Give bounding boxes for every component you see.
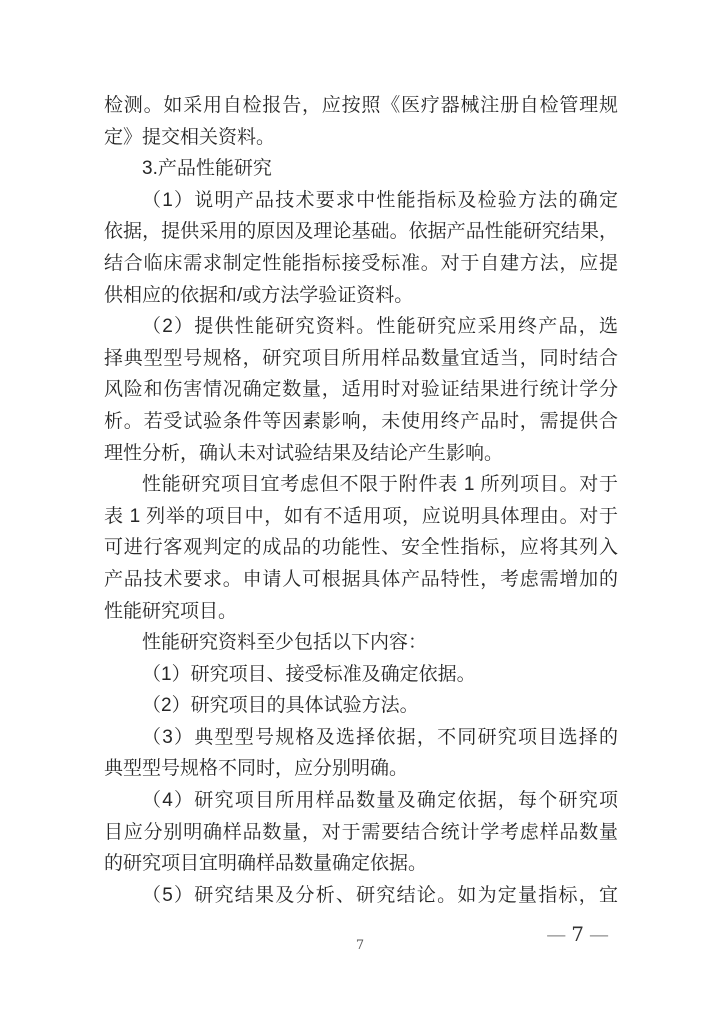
text-line: 可进行客观判定的成品的功能性、安全性指标，应将其列入 (104, 532, 618, 564)
text-line: 析。若受试验条件等因素影响，未使用终产品时，需提供合 (104, 406, 618, 438)
text-line: （2）提供性能研究资料。性能研究应采用终产品，选 (104, 311, 618, 343)
text-line: （2）研究项目的具体试验方法。 (104, 690, 618, 722)
text-line: 性能研究项目宜考虑但不限于附件表 1 所列项目。对于 (104, 469, 618, 501)
text-line: 风险和伤害情况确定数量，适用时对验证结果进行统计学分 (104, 374, 618, 406)
text-line: （1）研究项目、接受标准及确定依据。 (104, 659, 618, 691)
document-page: 检测。如采用自检报告，应按照《医疗器械注册自检管理规定》提交相关资料。3.产品性… (0, 0, 720, 1018)
text-line: （5）研究结果及分析、研究结论。如为定量指标，宜 (104, 880, 618, 912)
text-line: 检测。如采用自检报告，应按照《医疗器械注册自检管理规 (104, 90, 618, 122)
text-line: 性能研究项目。 (104, 596, 618, 628)
text-line: （3）典型型号规格及选择依据，不同研究项目选择的 (104, 722, 618, 754)
text-line: 产品技术要求。申请人可根据具体产品特性，考虑需增加的 (104, 564, 618, 596)
text-line: 性能研究资料至少包括以下内容： (104, 627, 618, 659)
text-line: （1）说明产品技术要求中性能指标及检验方法的确定 (104, 185, 618, 217)
text-line: 理性分析，确认未对试验结果及结论产生影响。 (104, 438, 618, 470)
text-line: 的研究项目宜明确样品数量确定依据。 (104, 848, 618, 880)
text-line: 表 1 列举的项目中，如有不适用项，应说明具体理由。对于 (104, 501, 618, 533)
text-line: 结合临床需求制定性能指标接受标准。对于自建方法，应提 (104, 248, 618, 280)
text-line: 典型型号规格不同时，应分别明确。 (104, 753, 618, 785)
text-line: 定》提交相关资料。 (104, 122, 618, 154)
text-line: 依据，提供采用的原因及理论基础。依据产品性能研究结果， (104, 216, 618, 248)
text-line: （4）研究项目所用样品数量及确定依据，每个研究项 (104, 785, 618, 817)
text-line: 供相应的依据和/或方法学验证资料。 (104, 280, 618, 312)
small-page-number: 7 (0, 938, 720, 953)
text-line: 目应分别明确样品数量，对于需要结合统计学考虑样品数量 (104, 817, 618, 849)
document-body: 检测。如采用自检报告，应按照《医疗器械注册自检管理规定》提交相关资料。3.产品性… (104, 90, 618, 911)
text-line: 3.产品性能研究 (104, 153, 618, 185)
text-line: 择典型型号规格，研究项目所用样品数量宜适当，同时结合 (104, 343, 618, 375)
